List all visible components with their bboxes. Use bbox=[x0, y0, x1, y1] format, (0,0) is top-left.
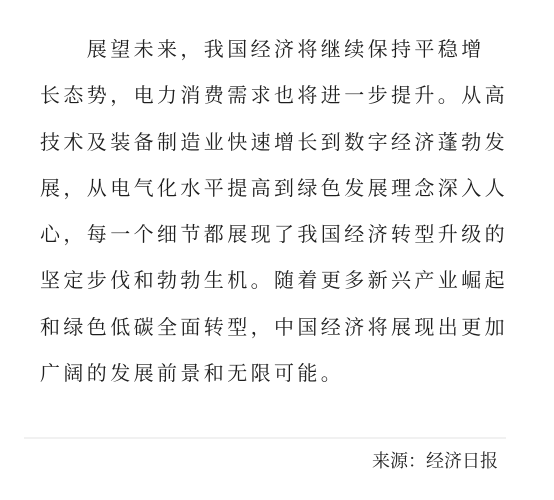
paragraph-line: 展望未来，我国经济将继续保持平稳增 bbox=[40, 26, 486, 72]
paragraph-line: 展，从电气化水平提高到绿色发展理念深入人 bbox=[40, 165, 486, 211]
paragraph-line: 坚定步伐和勃勃生机。随着更多新兴产业崛起 bbox=[40, 257, 486, 303]
paragraph-line: 心，每一个细节都展现了我国经济转型升级的 bbox=[40, 211, 486, 257]
article-paragraph: 展望未来，我国经济将继续保持平稳增 长态势，电力消费需求也将进一步提升。从高 技… bbox=[40, 26, 486, 396]
paragraph-line: 技术及装备制造业快速增长到数字经济蓬勃发 bbox=[40, 119, 486, 165]
paragraph-line: 长态势，电力消费需求也将进一步提升。从高 bbox=[40, 72, 486, 118]
source-credit: 来源：经济日报 bbox=[372, 449, 498, 475]
divider bbox=[24, 437, 506, 439]
paragraph-line: 广阔的发展前景和无限可能。 bbox=[40, 350, 486, 396]
paragraph-line: 和绿色低碳全面转型，中国经济将展现出更加 bbox=[40, 304, 486, 350]
